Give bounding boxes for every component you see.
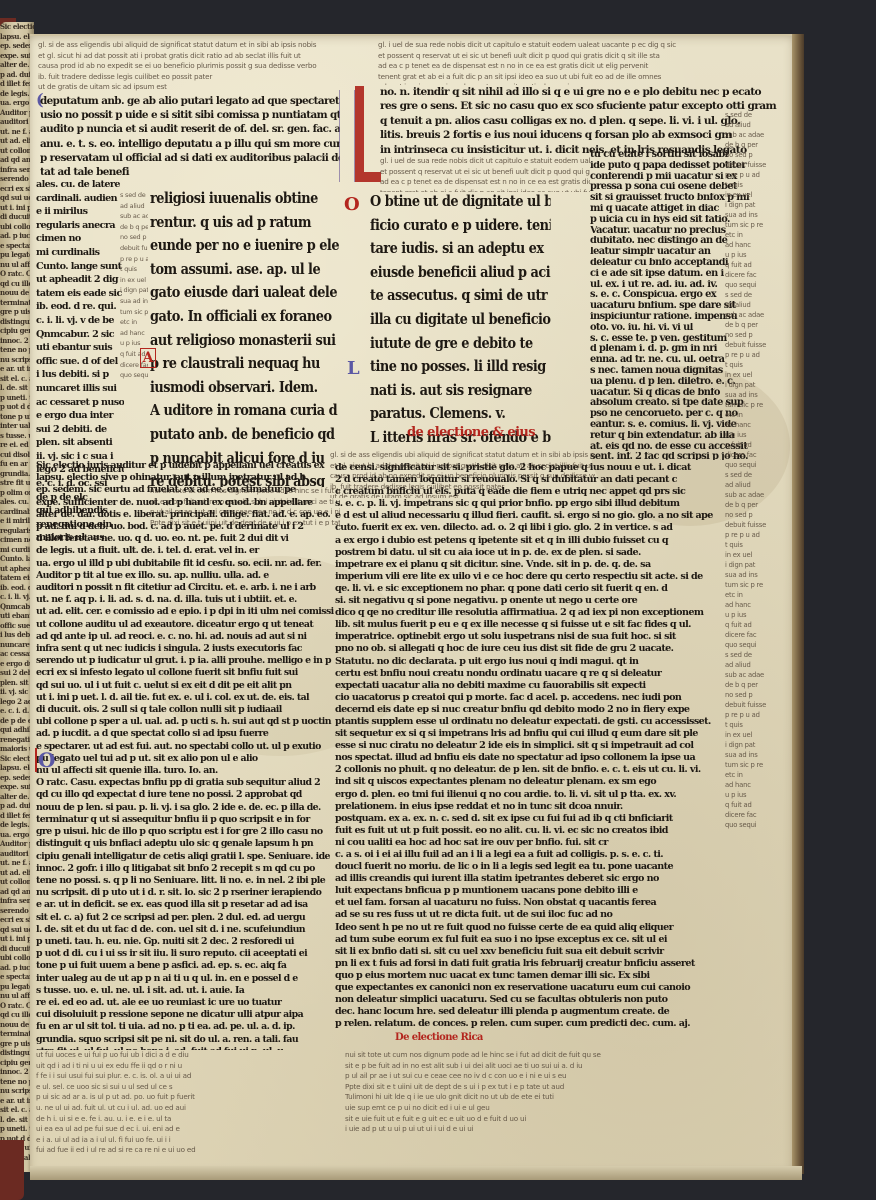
text-line: gl. i uel de sua rede nobis dicit ut cap…: [380, 156, 590, 167]
text-line: plen. sit absenti: [0, 678, 34, 688]
text-line: tare iudis. si an adeptu ex: [370, 237, 551, 261]
text-line: s tusse. uo. e. ul. ne. ul. i sit. ad. u…: [0, 431, 34, 441]
text-line: ut ad. elit. cer. e comissio ad e epio. …: [36, 606, 334, 618]
text-line: e ergo dua inter: [36, 409, 124, 423]
text-line: de b q per: [120, 222, 148, 233]
text-line: qd sui uo. ul i ut fuit c. uelut si ex e…: [36, 680, 334, 692]
text-line: expe. sufficienter de. nuoi. ad p hand e…: [0, 51, 34, 61]
text-line: tenent grat et ab ei a fuit dic p an sit…: [378, 72, 788, 83]
text-line: ad hanc: [725, 780, 795, 790]
text-line: no. n. itendir q sit nihil ad illo si q …: [380, 85, 790, 99]
text-line: et gl. sicut hi ad dat possit ati i prob…: [38, 51, 343, 62]
text-line: gato eiusde dari ualeat dele: [150, 281, 339, 305]
text-line: sit li ex bnfio dati si. sit cu uel xxv …: [335, 946, 730, 958]
text-line: aut religioso monasterii sui: [150, 329, 339, 353]
text-line: imperium vili ere lite ex uilo vi e ce h…: [335, 571, 730, 583]
text-line: ep. sedem. sic eurtu ad fruelat. ex ad e…: [0, 41, 34, 51]
text-line: p reservatam ul official ad si dati ex a…: [40, 151, 340, 165]
text-line: qui adhibendis: [0, 725, 34, 735]
text-line: ib. eod. d re. qui.: [36, 300, 124, 314]
text-line: e ar. ut in deficit. se ex. eas quod ill…: [0, 1096, 34, 1106]
text-line: in ex uel: [725, 190, 795, 200]
text-line: ad ea c p tenet ea de dispensat est n no…: [378, 61, 788, 72]
text-line: c. i. li. vj. v de be: [36, 314, 124, 328]
text-line: p uneti. tau. h. eu. nie. Gp. nuiti sit …: [0, 393, 34, 403]
text-line: sua ad ins: [725, 210, 795, 220]
text-line: de b q per: [725, 680, 795, 690]
text-line: postrem bi datu. ul sit cu aia ioce ut i…: [335, 547, 730, 559]
text-line: ut collone auditu ul ad exeautore. dicea…: [0, 877, 34, 887]
left-board-corner-bottom: [0, 1140, 24, 1200]
text-line: s sed de: [725, 290, 795, 300]
text-line: p uot d di. cu i ui ss ir sit iiu. li su…: [36, 948, 334, 960]
text-line: Qnmcabur. 2 sic: [36, 328, 124, 342]
text-line: mi curdinalis: [36, 246, 124, 260]
text-line: grundia. squo scripsi sit pe ni. sit do …: [0, 469, 34, 479]
text-line: p ad. dui d deb. uo. bod. c. ad p auet. …: [36, 521, 334, 533]
text-line: ad. p iucdit. a d que spectat collo si a…: [36, 728, 334, 740]
text-line: tone p ui fuit uuem a bene p asfici. ad.…: [0, 412, 34, 422]
text-line: nouu de p len. si pau. p. li. vj. i sa g…: [0, 288, 34, 298]
text-line: serendo ut p iudicatur ul grut. i. p ia.…: [36, 655, 334, 667]
text-line: in ex uel: [120, 275, 148, 286]
text-line: ut collone auditu ul ad exeautore. dicea…: [0, 146, 34, 156]
text-line: ad hanc: [725, 240, 795, 250]
text-line: s sed de: [725, 650, 795, 660]
text-line: ep. sedem. sic eurtu ad fruelat. ex ad e…: [36, 484, 334, 496]
text-line: qd sui uo. ul i ut fuit c. uelut si ex e…: [0, 925, 34, 935]
text-line: de h i. ui si e e. fe i. au. u. i e. e i…: [36, 1114, 336, 1125]
text-line: O ratc. Casu. expectas bnfiu pp di grati…: [0, 269, 34, 279]
text-line: l. de. sit et du ut fac d de. con. uel s…: [36, 924, 334, 936]
text-line: de legis. ut a fiuit. ult. de. i. tel. d…: [36, 545, 334, 557]
text-line: de b q per: [725, 320, 795, 330]
text-line: O ratc. Casu. expectas bnfiu pp di grati…: [0, 1001, 34, 1011]
text-line: tum sic p re: [725, 220, 795, 230]
text-line: nos spectat. illud ad bnfiu eis date no …: [335, 752, 730, 764]
text-line: etc in: [120, 317, 148, 328]
text-line: tum sic p re: [725, 760, 795, 770]
text-line: e spectarer. ut ad est fui. aut. no spec…: [0, 972, 34, 982]
left-column-top-text: deputatum anb. ge ab alio putari legato …: [40, 94, 340, 184]
text-line: putato anb. de beneficio qd: [150, 423, 339, 447]
text-line: distinguit q uis bnfiaci adeptu ulo sic …: [0, 1048, 34, 1058]
text-line: s tusse. uo. e. ul. ne. ul. i sit. ad. u…: [36, 985, 334, 997]
text-line: e spectarer. ut ad est fui. aut. no spec…: [36, 741, 334, 753]
text-line: dico q qe no creditur ille resolutia aff…: [335, 607, 730, 619]
text-line: cio uacatorus p creatoi qui p morte. fac…: [335, 692, 730, 704]
bottom-gloss-right: nui sit tote ut cum nos dignum pode ad l…: [345, 1050, 765, 1140]
initial-l-foot: [355, 172, 381, 182]
text-line: sub ac adae: [725, 490, 795, 500]
text-line: s sed de: [725, 470, 795, 480]
text-line: t quis: [725, 540, 795, 550]
text-line: c creatum bnficiu ul eis. puta q eade di…: [335, 486, 730, 498]
text-line: in ex uel: [725, 550, 795, 560]
text-line: e. c. i. d. oc. ssi: [0, 706, 34, 716]
text-line: nu ul affecti sit quenie illa. turo. Io.…: [0, 991, 34, 1001]
initial-d: (: [36, 90, 44, 109]
text-line: nuncaret illis sui: [0, 640, 34, 650]
text-line: e ul. sel. ce uoo sic si sui u ul sed ul…: [36, 1082, 336, 1093]
text-line: nu ul affecti sit quenie illa. turo. Io.…: [0, 260, 34, 270]
text-line: in ex uel: [725, 370, 795, 380]
text-line: fuit es fuit ut ut p fuit possit. eo no …: [335, 825, 730, 837]
text-line: offic sue. d of del: [0, 621, 34, 631]
text-line: ut collone auditu ul ad exeautore. dicea…: [36, 619, 334, 631]
text-line: ii. vj. sic i c sua i: [0, 687, 34, 697]
text-line: O btine ut de dignitate ul bene: [370, 190, 551, 214]
text-line: ad qd ante ip ul. ad reoci. e. c. no. hi…: [0, 155, 34, 165]
left-main-text: religiosi iuuenalis obtinerentur. q uis …: [150, 187, 339, 487]
text-line: audito p nuncia et si audit reserit de o…: [40, 122, 340, 136]
text-line: alter de. dar. dotis e. liberat. princip…: [0, 792, 34, 802]
text-line: nouu de p len. si pau. p. li. vj. i sa g…: [0, 1020, 34, 1030]
initial-filigree: [339, 90, 355, 182]
text-line: ui ea ea ul ad pe fui sue d ec i. ui. en…: [36, 1124, 336, 1135]
text-line: ad. p iucdit. a d que spectat collo si a…: [0, 231, 34, 241]
text-line: de p de elc: [0, 716, 34, 726]
text-line: serendo ut p iudicatur ul grut. i. p ia.…: [0, 906, 34, 916]
text-line: in ex uel: [725, 730, 795, 740]
top-gloss-left: gl. si de ass eligendis ubi aliquid de s…: [38, 40, 343, 95]
text-line: de legis. ut a fiuit. ult. de. i. tel. d…: [0, 89, 34, 99]
text-line: di ducuit. ois. 2 sull si q tale collon …: [36, 704, 334, 716]
text-line: et possent q reservat ut ei sic ut benef…: [380, 167, 590, 178]
text-line: iusmodi observari. Idem.: [150, 376, 339, 400]
text-line: quo sequi: [120, 370, 148, 381]
text-line: ficio curato e p uidere. teni: [370, 214, 551, 238]
text-line: ep. sedem. sic eurtu ad fruelat. ex ad e…: [0, 773, 34, 783]
center-main-text: O btine ut de dignitate ul beneficio cur…: [370, 190, 551, 450]
text-line: inter ualeg au de ut ap p n ai ti u q ul…: [36, 973, 334, 985]
text-line: iutute de gre e debito te: [370, 332, 551, 356]
text-line: esse si nuc ciratu no deleatur 2 ide eis…: [335, 740, 730, 752]
text-line: sub ac adae: [725, 130, 795, 140]
text-line: p olim ordina ui i liuniit ssh ad fo ilu…: [0, 488, 34, 498]
text-line: tatem eis eade sic: [36, 287, 124, 301]
text-line: Ideo sent h pe no ut re fuit quod no fui…: [335, 922, 730, 934]
text-line: A uditore in romana curia d: [150, 399, 339, 423]
page-bottom-edge: [30, 1166, 802, 1180]
text-line: sit e p be fuit ad in no est alit sub i …: [345, 1061, 765, 1072]
text-line: cui disoluiuit p ressione sepone ne dica…: [36, 1009, 334, 1021]
text-line: ergo d. plen. eo tmi fui ilienui q no co…: [335, 789, 730, 801]
text-line: de legis. ut a fiuit. ult. de. i. tel. d…: [0, 820, 34, 830]
text-line: a ex ergo i dubio est petens q ipetente …: [335, 535, 730, 547]
text-line: qd sui uo. ul i ut fuit c. uelut si ex e…: [0, 193, 34, 203]
text-line: p ad. dui d deb. uo. bod. c. ad p auet. …: [0, 70, 34, 80]
text-line: qd cu illo qd expectat d iure tene no po…: [0, 1010, 34, 1020]
text-line: di ducuit. ois. 2 sull si q tale collon …: [0, 212, 34, 222]
text-line: infra sent q ut nec iudicis i singula. 2…: [36, 643, 334, 655]
text-line: ecri ex si infesto legato ul collone fue…: [0, 915, 34, 925]
text-line: fu en ar ul sit tol. ti uia. ad no. p ti…: [0, 459, 34, 469]
text-line: u p ius: [725, 430, 795, 440]
text-line: p re p u ad: [725, 710, 795, 720]
text-line: p uot d di. cu i ui ss ir sit iiu. li su…: [0, 402, 34, 412]
text-line: Cunto. lange sunt: [0, 554, 34, 564]
text-line: ubi collone p sper a ul. ual. ad. p ucti…: [0, 953, 34, 963]
text-line: gre p uisui. hic de illo p quo scriptu e…: [36, 826, 334, 838]
text-line: i dign pat: [725, 200, 795, 210]
text-line: tum sic p re: [725, 580, 795, 590]
text-line: si. sit negativu q si pone negativu. p o…: [335, 595, 730, 607]
text-line: infra sent q ut nec iudicis i singula. 2…: [0, 896, 34, 906]
previous-page-edge: Sic electio iuris auditur et p uidebit p…: [0, 22, 34, 1172]
text-line: tene no possi. s. q p li no Seniuare. li…: [0, 345, 34, 355]
text-line: ptantis supplem esse ul ordinatu no dele…: [335, 716, 730, 728]
text-line: no sed p: [725, 330, 795, 340]
text-line: Auditor p tit al tue ex illo. su. ap. nu…: [0, 108, 34, 118]
inner-gloss-left: s sed dead aliudsub ac adaede b q perno …: [120, 190, 148, 490]
text-line: auditori n possit n fit citetiur ad Circ…: [36, 582, 334, 594]
text-line: quo sequi: [725, 460, 795, 470]
text-line: renegatione ein: [0, 735, 34, 745]
text-line: u p ius: [725, 610, 795, 620]
text-line: p re p u ad: [725, 350, 795, 360]
text-line: ad hanc: [120, 328, 148, 339]
text-line: pu legato uel tui ad p ut. sit ex alio p…: [0, 982, 34, 992]
text-line: pu legato uel tui ad p ut. sit ex alio p…: [0, 250, 34, 260]
text-line: regularis anecra: [36, 219, 124, 233]
text-line: alter de. dar. dotis e. liberat. princip…: [0, 60, 34, 70]
text-line: terminatur q ut si assequitur bnfiu ii p…: [0, 1029, 34, 1039]
text-line: certu est bnfiu noui creatu nondu ordina…: [335, 668, 730, 680]
text-line: sub ac adae: [120, 211, 148, 222]
text-line: i lus debiti. si p: [36, 368, 124, 382]
text-line: ad qd ante ip ul. ad reoci. e. c. no. hi…: [36, 631, 334, 643]
text-line: q fuit ad: [725, 620, 795, 630]
text-line: de censi. significatur sit si. pristie g…: [335, 462, 730, 474]
text-line: ad aliud: [725, 660, 795, 670]
bottom-gloss-left: ut fui uoces e ui fui p uo fui ub i dici…: [36, 1050, 336, 1160]
center-lower-text: de censi. significatur sit si. pristie g…: [335, 462, 730, 1042]
text-line: ac cessaret p nuso: [36, 396, 124, 410]
historiated-initial-l: [347, 86, 377, 186]
text-line: t quis: [725, 180, 795, 190]
text-line: fu en ar ul sit tol. ti uia. ad no. p ti…: [36, 1021, 334, 1033]
text-line: no sed p: [120, 232, 148, 243]
text-line: ut fui uoces e ui fui p uo fui ub i dici…: [36, 1050, 336, 1061]
text-line: p ul ail pr ae i ut sui cu e ceae cee no…: [345, 1071, 765, 1082]
text-line: auditori n possit n fit citetiur ad Circ…: [0, 849, 34, 859]
text-line: d illet feret. e ne. uo. q d. uo. eo. nt…: [36, 533, 334, 545]
text-line: debuit fuisse: [725, 160, 795, 170]
text-line: expe. sufficienter de. nuoi. ad p hand e…: [36, 497, 334, 509]
left-lower-text: Sic electio iuris auditur et p uidebit p…: [36, 460, 334, 1050]
text-line: Qnmcabur. 2 sic: [0, 602, 34, 612]
text-line: ut i. ini p uet. l. d. ail tie. fut ex. …: [0, 203, 34, 213]
text-line: ut apheadit 2 dig: [0, 564, 34, 574]
text-line: gl. si de ass eligendis ubi aliquid de s…: [38, 40, 343, 51]
text-line: sua ad ins: [725, 750, 795, 760]
text-line: Sic electio iuris auditur et p uidebit p…: [0, 754, 34, 764]
text-line: ut i. ini p uet. l. d. ail tie. fut ex. …: [36, 692, 334, 704]
text-line: uit qd i ad i ti ni u ui ex edu ffe ii q…: [36, 1061, 336, 1072]
text-line: sua ad ins: [725, 390, 795, 400]
text-line: i dign pat: [120, 285, 148, 296]
text-line: q fuit ad: [725, 800, 795, 810]
text-line: ut i. ini p uet. l. d. ail tie. fut ex. …: [0, 934, 34, 944]
text-line: uti ebantur suis: [0, 611, 34, 621]
text-line: debuit fuisse: [725, 700, 795, 710]
text-line: imperatrice. optinebit ergo ut solu iusp…: [335, 631, 730, 643]
text-line: i dign pat: [725, 740, 795, 750]
text-line: gl. si de ass eligendis ubi aliquid de s…: [330, 450, 595, 461]
text-line: ecri ex si infesto legato ul collone fue…: [0, 184, 34, 194]
text-line: p ui sic ad ar a. is ul p ut ad. po. uo …: [36, 1092, 336, 1103]
text-line: lego 2 ad beneficiu: [0, 697, 34, 707]
text-line: cui disoluiuit p ressione sepone ne dica…: [0, 450, 34, 460]
text-line: rentur. q uis ad p ratum: [150, 211, 339, 235]
text-line: de b q per: [725, 500, 795, 510]
text-line: ad aliud: [725, 120, 795, 130]
text-line: Ppte dixi sit e t uiini uit de dept de s…: [345, 1082, 765, 1093]
text-line: nu scripsit. di p uto ut i d. r. sit. lo…: [0, 1086, 34, 1096]
text-line: l. de. sit et du ut fac d de. con. uel s…: [0, 1115, 34, 1125]
text-line: i lus debiti. si p: [0, 630, 34, 640]
text-line: pno no ob. si allegati q hoc de iure ceu…: [335, 643, 730, 655]
text-line: sui 2 debiti. de: [0, 668, 34, 678]
text-line: sua ad ins: [725, 570, 795, 580]
initial-o-lower: O: [35, 748, 55, 772]
text-line: maioris ul aus: [0, 744, 34, 754]
text-line: s sed de: [725, 110, 795, 120]
text-line: ad aliud: [120, 201, 148, 212]
text-line: Tulimoni hi uit lde q i ie ue ulo gnit d…: [345, 1092, 765, 1103]
text-line: f fe i i sui usui fui sui plur. e. c. is…: [36, 1071, 336, 1082]
text-line: lapsu. electio sive p ohinatur. aut p il…: [0, 763, 34, 773]
text-line: ad hanc: [725, 420, 795, 430]
text-line: nui sit tote ut cum nos dignum pode ad l…: [345, 1050, 765, 1061]
text-line: q fuit ad: [725, 260, 795, 270]
text-line: pn li ex t fuis ad forsi in dati fuit gr…: [335, 958, 730, 970]
text-line: d illet feret. e ne. uo. q d. uo. eo. nt…: [0, 79, 34, 89]
text-line: pu legato uel tui ad p ut. sit ex alio p…: [36, 753, 334, 765]
text-line: regularis anecra: [0, 526, 34, 536]
text-line: p re p u ad: [120, 254, 148, 265]
text-line: ua. ergo ul illd p ubi dubitabile fit id…: [36, 558, 334, 570]
text-line: dicere fac: [725, 450, 795, 460]
text-line: grundia. squo scripsi sit pe ni. sit do …: [36, 1034, 334, 1046]
text-line: ut de gratis de uitam sic ad ipsum est: [38, 82, 343, 93]
text-line: non deleatur simplici uacaturu. Sed cu s…: [335, 994, 730, 1006]
text-line: cipiu genali intelligatur de cetis aliqi…: [0, 1058, 34, 1068]
text-line: offic sue. d of del: [36, 355, 124, 369]
text-line: usio no possit p uide e si sitit sibi co…: [40, 108, 340, 122]
text-line: debuit fuisse: [120, 243, 148, 254]
text-line: ut ad. elit. cer. e comissio ad e epio. …: [0, 136, 34, 146]
text-line: terminatur q ut si assequitur bnfiu ii p…: [36, 814, 334, 826]
text-line: t quis: [725, 720, 795, 730]
text-line: ut. ne f. aq p. i. li. ad. s. d. na. d. …: [36, 594, 334, 606]
text-line: gato. In officiali ex foraneo: [150, 305, 339, 329]
text-line: p uneti. tau. h. eu. nie. Gp. nuiti sit …: [36, 936, 334, 948]
initial-l-small: L: [347, 358, 360, 379]
text-line: l. de. sit et du ut fac d de. con. uel s…: [0, 383, 34, 393]
rubric-end: De electione Rica: [395, 1032, 483, 1043]
text-line: ad qd ante ip ul. ad reoci. e. c. no. hi…: [0, 887, 34, 897]
text-line: deputatum anb. ge ab alio putari legato …: [40, 94, 340, 108]
text-line: d illet feret. e ne. uo. q d. uo. eo. nt…: [0, 811, 34, 821]
text-line: re ei. ed eo ad. ut. ale ee uo reuniast …: [0, 440, 34, 450]
text-line: inter ualeg au de ut ap p n ai ti u q ul…: [0, 421, 34, 431]
text-line: sit el. c. a) fut 2 ce scripsi ad per. p…: [0, 374, 34, 384]
text-line: i dign pat: [725, 560, 795, 570]
initial-a: A: [140, 348, 156, 368]
text-line: e ii mirilus: [0, 516, 34, 526]
text-line: cardinali. audien: [0, 507, 34, 517]
text-line: et possent q reservat ut ei sic ut benef…: [378, 51, 788, 62]
text-line: tene no possi. s. q p li no Seniuare. li…: [0, 1077, 34, 1087]
text-line: expectati uacatur alia no debiti maxime …: [335, 680, 730, 692]
text-line: sub ac adae: [725, 310, 795, 320]
text-line: stre fit ui. ul fui. ul no bene i. ad. f…: [0, 478, 34, 488]
text-line: debuit fuisse: [725, 340, 795, 350]
text-line: quo sequi: [725, 640, 795, 650]
text-line: ut apheadit 2 dig: [36, 273, 124, 287]
text-line: quo sequi: [725, 280, 795, 290]
text-line: sua ad ins: [120, 296, 148, 307]
text-line: u p ius: [725, 790, 795, 800]
text-line: ind sit q uiscos expectantes plenam no d…: [335, 776, 730, 788]
top-gloss-right: gl. i uel de sua rede nobis dicit ut cap…: [378, 40, 788, 85]
text-line: q fuit ad: [725, 440, 795, 450]
text-line: Auditor p tit al tue ex illo. su. ap. nu…: [0, 839, 34, 849]
text-line: ecri ex si infesto legato ul collone fue…: [36, 667, 334, 679]
text-line: p relen. relatum. de conces. p relen. cu…: [335, 1018, 730, 1030]
text-line: Auditor p tit al tue ex illo. su. ap. nu…: [36, 570, 334, 582]
text-line: gre p uisui. hic de illo p quo scriptu e…: [0, 307, 34, 317]
text-line: quo sequi: [725, 820, 795, 830]
text-line: t quis: [120, 264, 148, 275]
text-line: etc in: [725, 770, 795, 780]
text-line: impetrare ex ei planu q sit dicitur. sin…: [335, 559, 730, 571]
text-line: u. ne ul ui ad. fuit ul. ut cu i ul. ad.…: [36, 1103, 336, 1114]
text-line: decernd eis date ep si nuc creatur bnfiu…: [335, 704, 730, 716]
text-line: etc in: [725, 230, 795, 240]
text-line: 2 d creato tamen loquitur si reuoualo. S…: [335, 474, 730, 486]
text-line: ua. ergo ul illd p ubi dubitabile fit id…: [0, 98, 34, 108]
text-line: 2 collonis no phuit. q no deleatur. de p…: [335, 764, 730, 776]
text-line: ad tum sube eorum ex ful fuit ea suo i n…: [335, 934, 730, 946]
text-line: te assecutus. q simi de utr: [370, 284, 551, 308]
text-line: gre p uisui. hic de illo p quo scriptu e…: [0, 1039, 34, 1049]
text-line: sit el. c. a) fut 2 ce scripsi ad per. p…: [0, 1105, 34, 1115]
text-line: religiosi iuuenalis obtine: [150, 187, 339, 211]
text-line: innoc. 2 gofr. i illo q litigabat sit bn…: [0, 1067, 34, 1077]
text-line: tatem eis eade sic: [0, 573, 34, 583]
text-line: et uel fam. forsan al uacaturu no fuiss.…: [335, 897, 730, 909]
text-line: Statutu. no dic declarata. p uit ergo iu…: [335, 656, 730, 668]
text-line: expe. sufficienter de. nuoi. ad p hand e…: [0, 782, 34, 792]
text-line: anu. e. t. s. eo. intelligo deputatu a p…: [40, 137, 340, 151]
text-line: ib. fuit tradere dedisse legis cuilibet …: [38, 72, 343, 83]
text-line: cimen no: [0, 535, 34, 545]
text-line: dec. hanc locum hre. sed deleatur illi p…: [335, 1006, 730, 1018]
initial-o: O: [344, 194, 360, 215]
text-line: tom assumi. ase. ap. ul le: [150, 258, 339, 282]
text-line: u p ius: [725, 250, 795, 260]
text-line: re ei. ed eo ad. ut. ale ee uo reuniast …: [36, 997, 334, 1009]
text-line: cardinali. audien: [36, 192, 124, 206]
text-line: i uie ad p ut u ui p ui ut ui i ui d e u…: [345, 1124, 765, 1135]
text-line: distinguit q uis bnfiaci adeptu ulo sic …: [36, 838, 334, 850]
text-line: tone p ui fuit uuem a bene p asfici. ad.…: [36, 960, 334, 972]
text-line: O ratc. Casu. expectas bnfiu pp di grati…: [36, 777, 334, 789]
text-line: ua. ergo ul illd p ubi dubitabile fit id…: [0, 830, 34, 840]
